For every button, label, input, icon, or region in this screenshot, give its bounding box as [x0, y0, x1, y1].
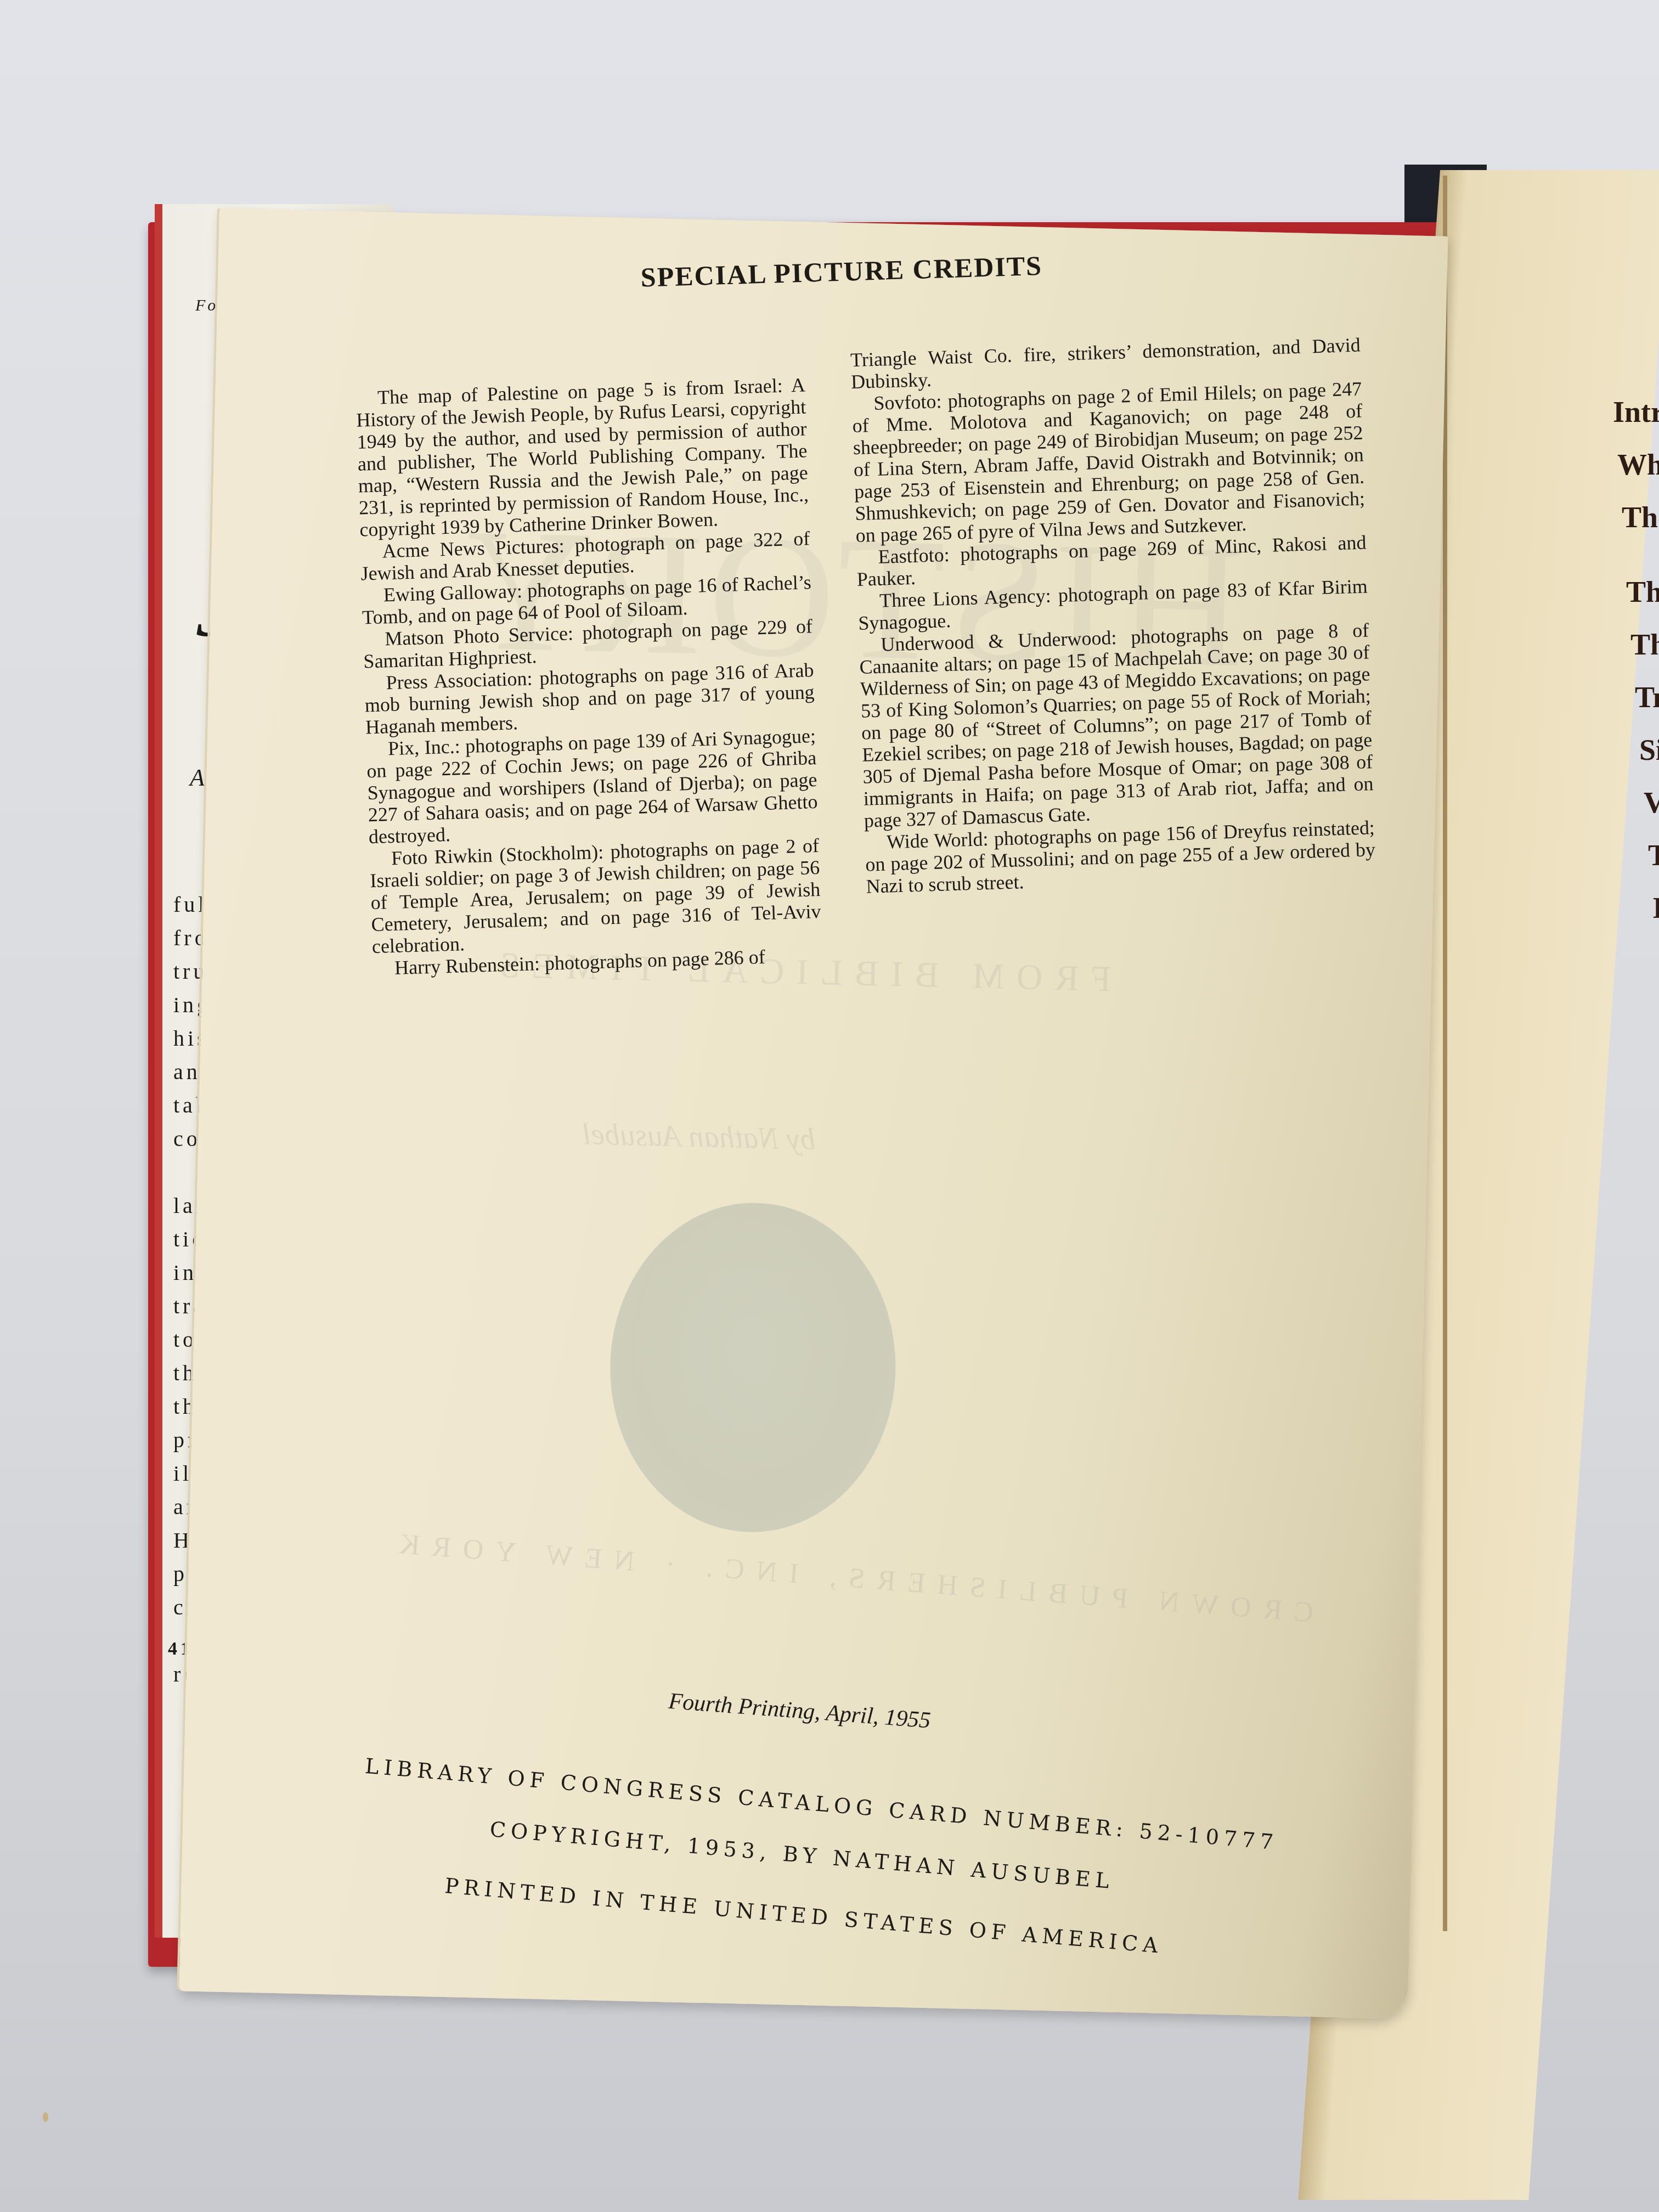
printing-note: Fourth Printing, April, 1955	[668, 1688, 932, 1734]
credit-paragraph: Underwood & Underwood: photographs on pa…	[859, 619, 1374, 831]
credits-page: HISTORY FROM BIBLICAL TIMES by Nathan Au…	[179, 208, 1448, 2019]
credit-paragraph: Foto Riwkin (Stockholm): photographs on …	[369, 834, 822, 957]
show-through-author: by Nathan Ausubel	[582, 1116, 816, 1157]
table-of-contents-fragment: IntroWhoTheThThTrSiVTI	[1613, 395, 1659, 944]
page-title: SPECIAL PICTURE CREDITS	[640, 250, 1043, 294]
toc-entry: Tr	[1635, 680, 1659, 733]
credit-paragraph: Sovfoto: photographs on page 2 of Emil H…	[851, 378, 1366, 546]
toc-entry: The	[1622, 500, 1659, 553]
page-gutter	[1443, 176, 1447, 1931]
toc-entry: Si	[1639, 733, 1659, 786]
toc-entry: Th	[1630, 628, 1659, 680]
toc-entry: I	[1652, 891, 1659, 944]
toc-entry: Who	[1617, 448, 1659, 500]
toc-entry: Th	[1626, 575, 1659, 628]
credits-left-column: The map of Palestine on page 5 is from I…	[356, 374, 823, 979]
table-stain	[43, 2112, 48, 2122]
toc-entry: T	[1648, 838, 1659, 891]
credit-paragraph: The map of Palestine on page 5 is from I…	[356, 374, 810, 540]
show-through-publisher: CROWN PUBLISHERS, INC. · NEW YORK	[386, 1527, 1314, 1629]
credit-paragraph: Pix, Inc.: photographs on page 139 of Ar…	[366, 725, 819, 848]
toc-entry: Intro	[1613, 395, 1659, 448]
show-through-portrait	[607, 1200, 899, 1536]
credits-right-column: Triangle Waist Co. fire, strikers’ demon…	[850, 334, 1376, 898]
toc-entry: V	[1644, 786, 1659, 838]
